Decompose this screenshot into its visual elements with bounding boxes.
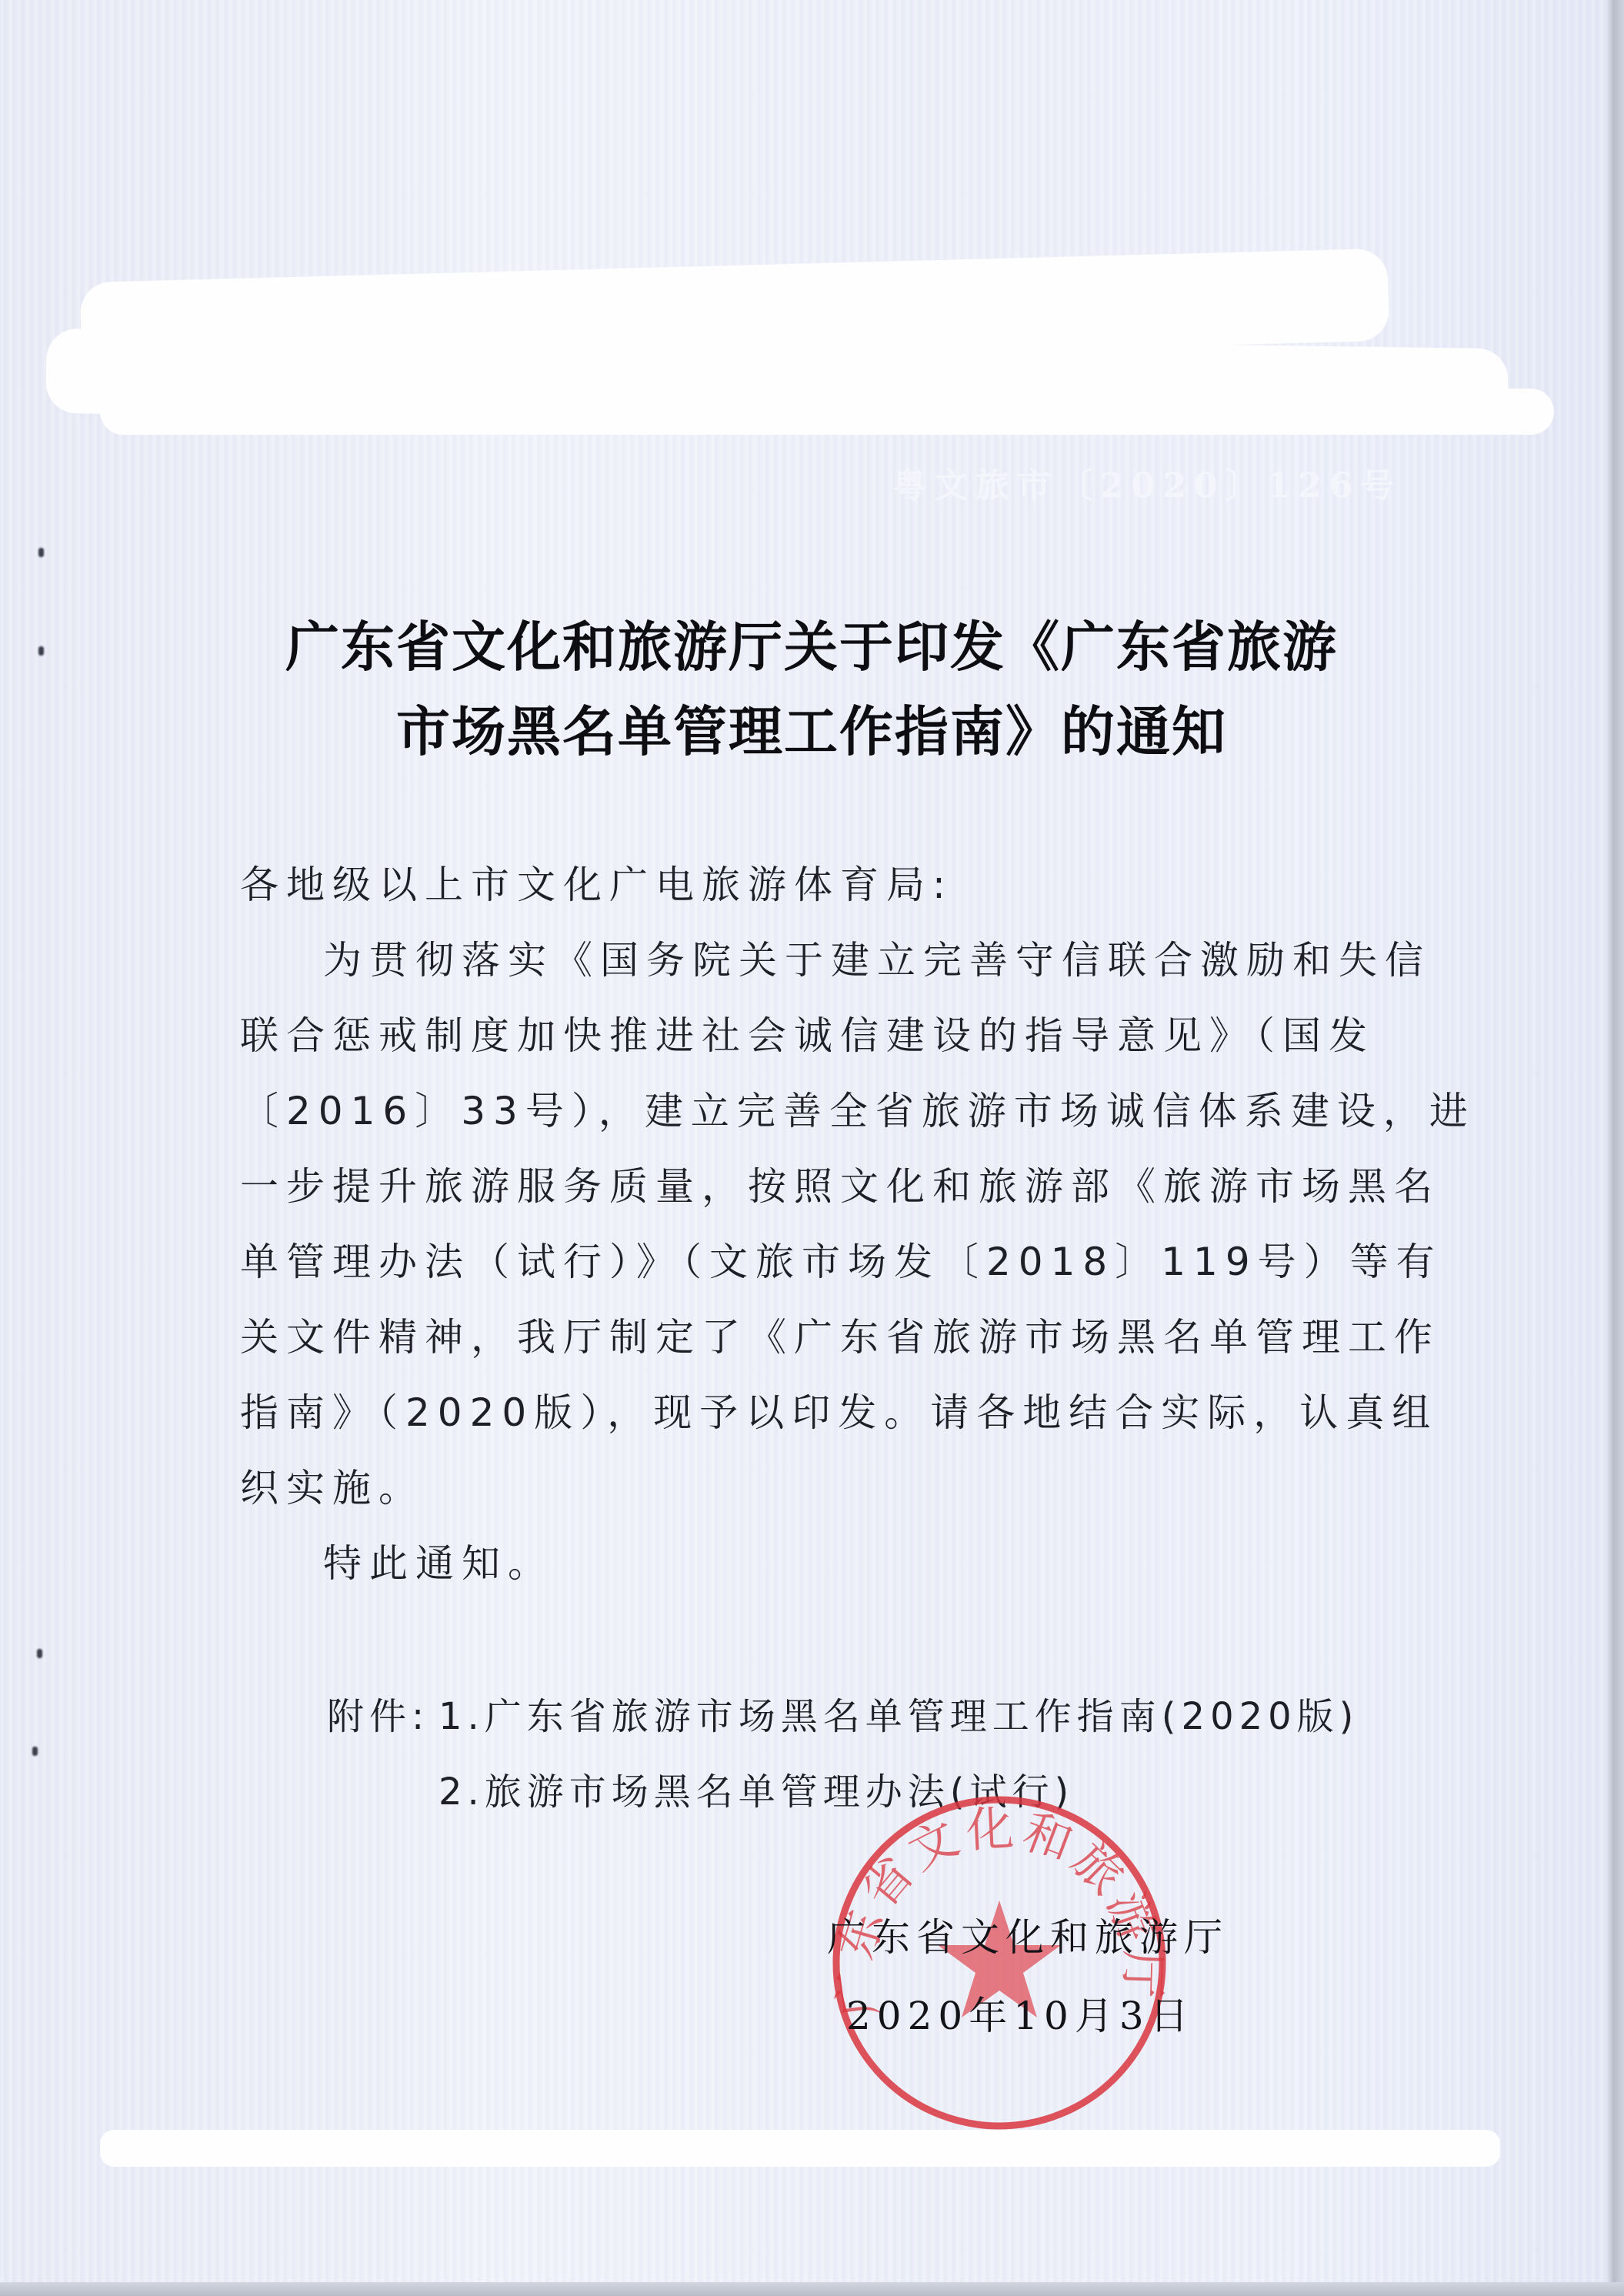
scan-edge-bottom xyxy=(0,2282,1624,2296)
document-title-line-1: 广东省文化和旅游厅关于印发《广东省旅游 xyxy=(231,604,1392,682)
addressee: 各地级以上市文化广电旅游体育局: xyxy=(240,854,953,909)
body-line: 联合惩戒制度加快推进社会诚信建设的指导意见》（国发 xyxy=(240,1005,1375,1060)
body-line: 单管理办法（试行）》（文旅市场发〔2018〕119号）等有 xyxy=(240,1231,1442,1286)
document-number: 粤文旅市〔2020〕126号 xyxy=(892,458,1402,507)
body-line: 织实施。 xyxy=(240,1457,425,1513)
document-title-line-2: 市场黑名单管理工作指南》的通知 xyxy=(231,689,1392,766)
redacted-footer xyxy=(100,2130,1500,2167)
issuer-name: 广东省文化和旅游厅 xyxy=(827,1907,1229,1962)
binding-hole-icon xyxy=(38,548,44,557)
attachment-item: 1.广东省旅游市场黑名单管理工作指南(2020版) xyxy=(439,1687,1359,1740)
official-seal-icon: 广东省文化和旅游厅 xyxy=(829,1793,1169,2133)
body-line: 为贯彻落实《国务院关于建立完善守信联合激励和失信 xyxy=(323,929,1431,985)
body-line: 关文件精神，我厅制定了《广东省旅游市场黑名单管理工作 xyxy=(240,1307,1440,1362)
attachments-label: 附件: xyxy=(327,1687,429,1740)
closing-line: 特此通知。 xyxy=(323,1533,554,1588)
binding-hole-icon xyxy=(32,1747,38,1756)
body-line: 〔2016〕33号），建立完善全省旅游市场诚信体系建设，进 xyxy=(240,1080,1476,1136)
binding-hole-icon xyxy=(37,1649,42,1658)
body-line: 指南》（2020版），现予以印发。请各地结合实际，认真组 xyxy=(240,1382,1438,1437)
issue-date: 2020年10月3日 xyxy=(846,1985,1195,2041)
binding-hole-icon xyxy=(38,646,44,656)
body-line: 一步提升旅游服务质量，按照文化和旅游部《旅游市场黑名 xyxy=(240,1156,1440,1211)
scan-edge-right xyxy=(1607,0,1624,2296)
